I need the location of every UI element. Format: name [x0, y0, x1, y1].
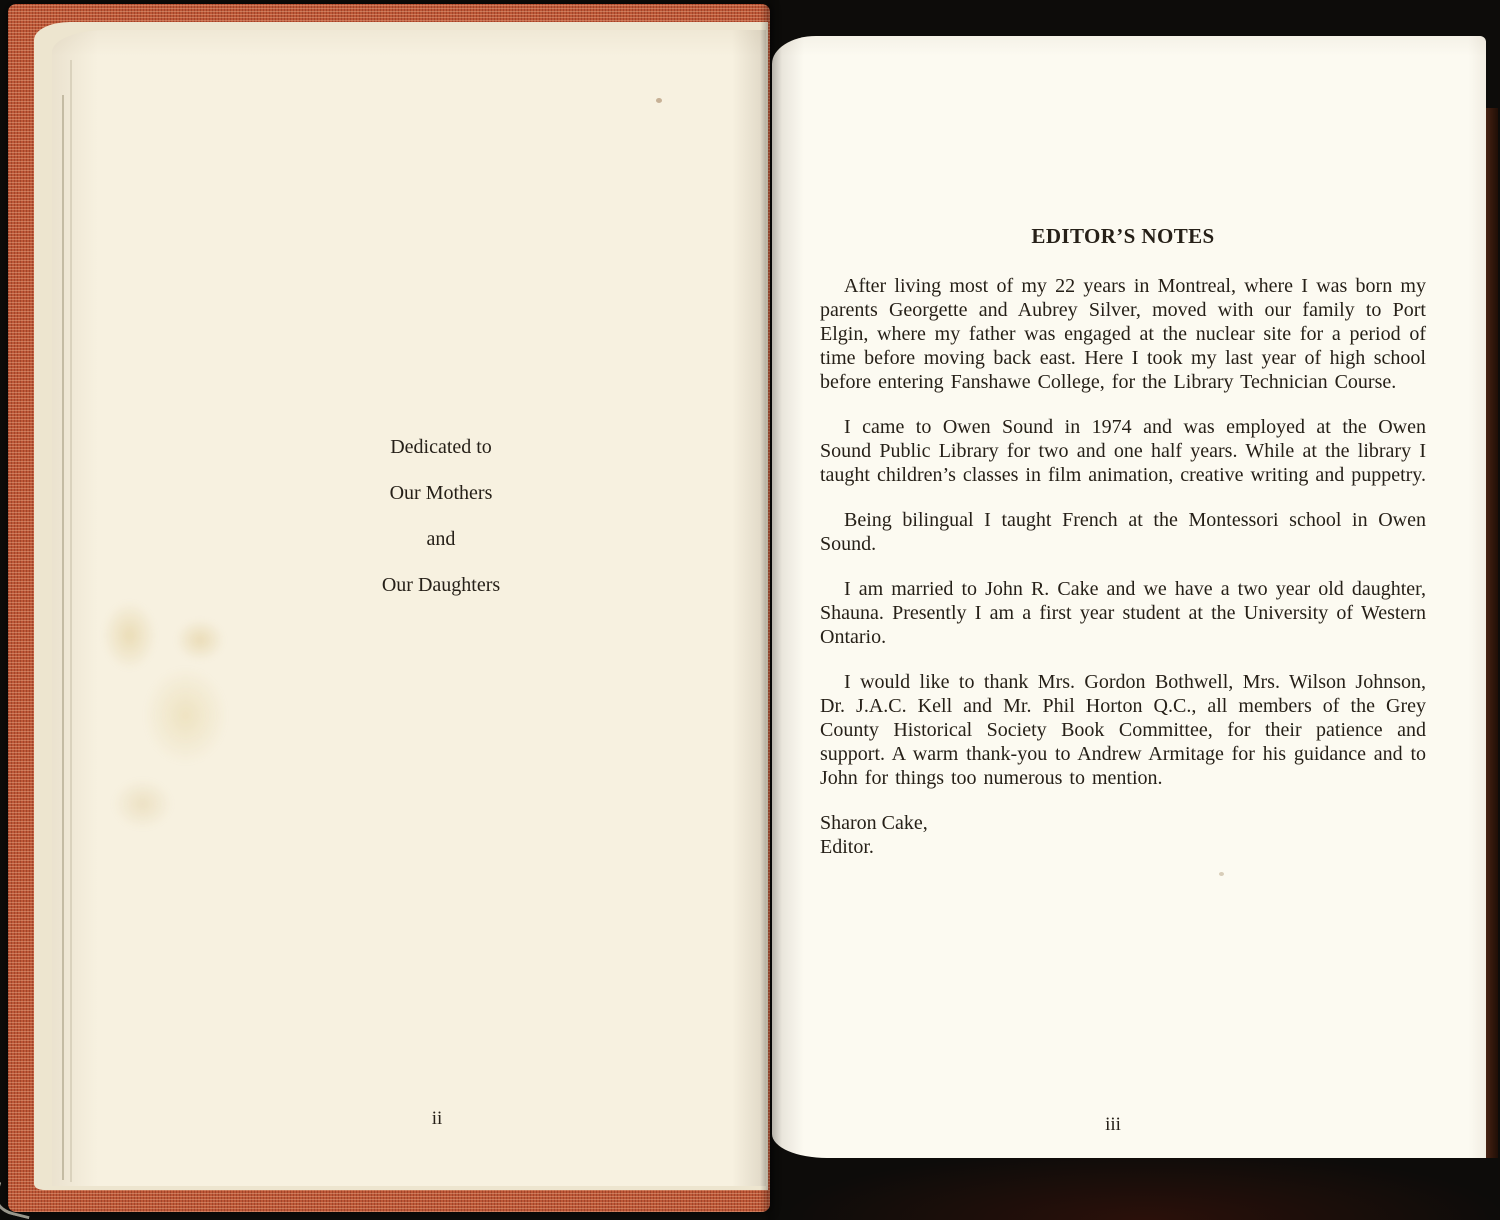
paragraph: I came to Owen Sound in 1974 and was emp… [820, 415, 1426, 487]
foxing-stain [165, 610, 235, 670]
cover-bottom-shadow [790, 1150, 1500, 1220]
page-number-right: iii [1105, 1114, 1121, 1136]
spine-gutter-shadow [760, 0, 782, 1220]
dedication-block: Dedicated to Our Mothers and Our Daughte… [311, 424, 571, 608]
paragraph: Being bilingual I taught French at the M… [820, 508, 1426, 556]
foxing-stain [128, 648, 243, 783]
editors-notes-column: EDITOR’S NOTES After living most of my 2… [820, 36, 1426, 859]
signature-line: Editor. [820, 835, 1426, 859]
dedication-line: and [311, 516, 571, 562]
dedication-line: Our Daughters [311, 562, 571, 608]
paragraph: I am married to John R. Cake and we have… [820, 577, 1426, 649]
paragraph: I would like to thank Mrs. Gordon Bothwe… [820, 670, 1426, 790]
book-scan-photo: Dedicated to Our Mothers and Our Daughte… [0, 0, 1500, 1220]
foxing-stain [100, 768, 185, 840]
page-edge-line [62, 95, 64, 1180]
paragraph: After living most of my 22 years in Mont… [820, 274, 1426, 394]
dedication-line: Our Mothers [311, 470, 571, 516]
paper-speck [656, 98, 662, 103]
editors-notes-heading: EDITOR’S NOTES [820, 224, 1426, 248]
page-number-left: ii [432, 1108, 443, 1130]
signature-block: Sharon Cake, Editor. [820, 811, 1426, 859]
page-edge-line [70, 60, 72, 1182]
dedication-line: Dedicated to [311, 424, 571, 470]
paper-speck [1219, 872, 1224, 876]
signature-line: Sharon Cake, [820, 811, 1426, 835]
